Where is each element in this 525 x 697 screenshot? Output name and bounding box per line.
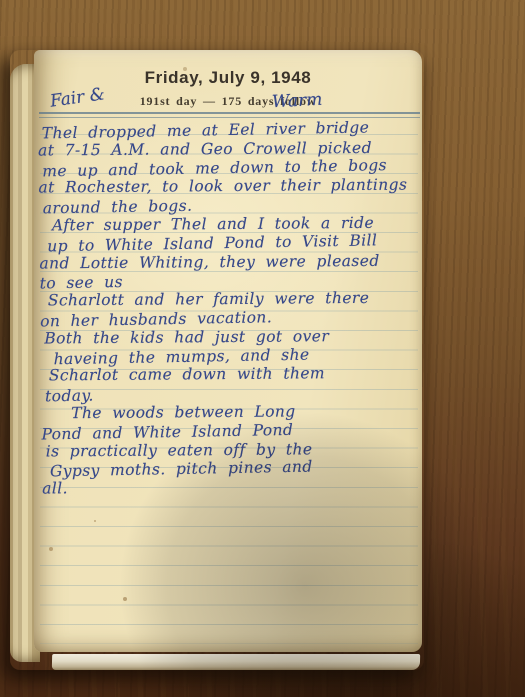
- diary-photo: Friday, July 9, 1948 191st day — 175 day…: [0, 0, 525, 697]
- handwritten-line: all.: [42, 477, 422, 499]
- handwritten-entry: Thel dropped me at Eel river bridge at 7…: [38, 119, 423, 500]
- header-divider-rule: [39, 112, 420, 118]
- diary-book: Friday, July 9, 1948 191st day — 175 day…: [10, 50, 424, 670]
- handwritten-weather-right: Warm: [272, 90, 323, 113]
- page-stack-bottom-edge: [52, 654, 420, 670]
- diary-page: Friday, July 9, 1948 191st day — 175 day…: [34, 50, 422, 652]
- foxing-specks: [34, 50, 36, 52]
